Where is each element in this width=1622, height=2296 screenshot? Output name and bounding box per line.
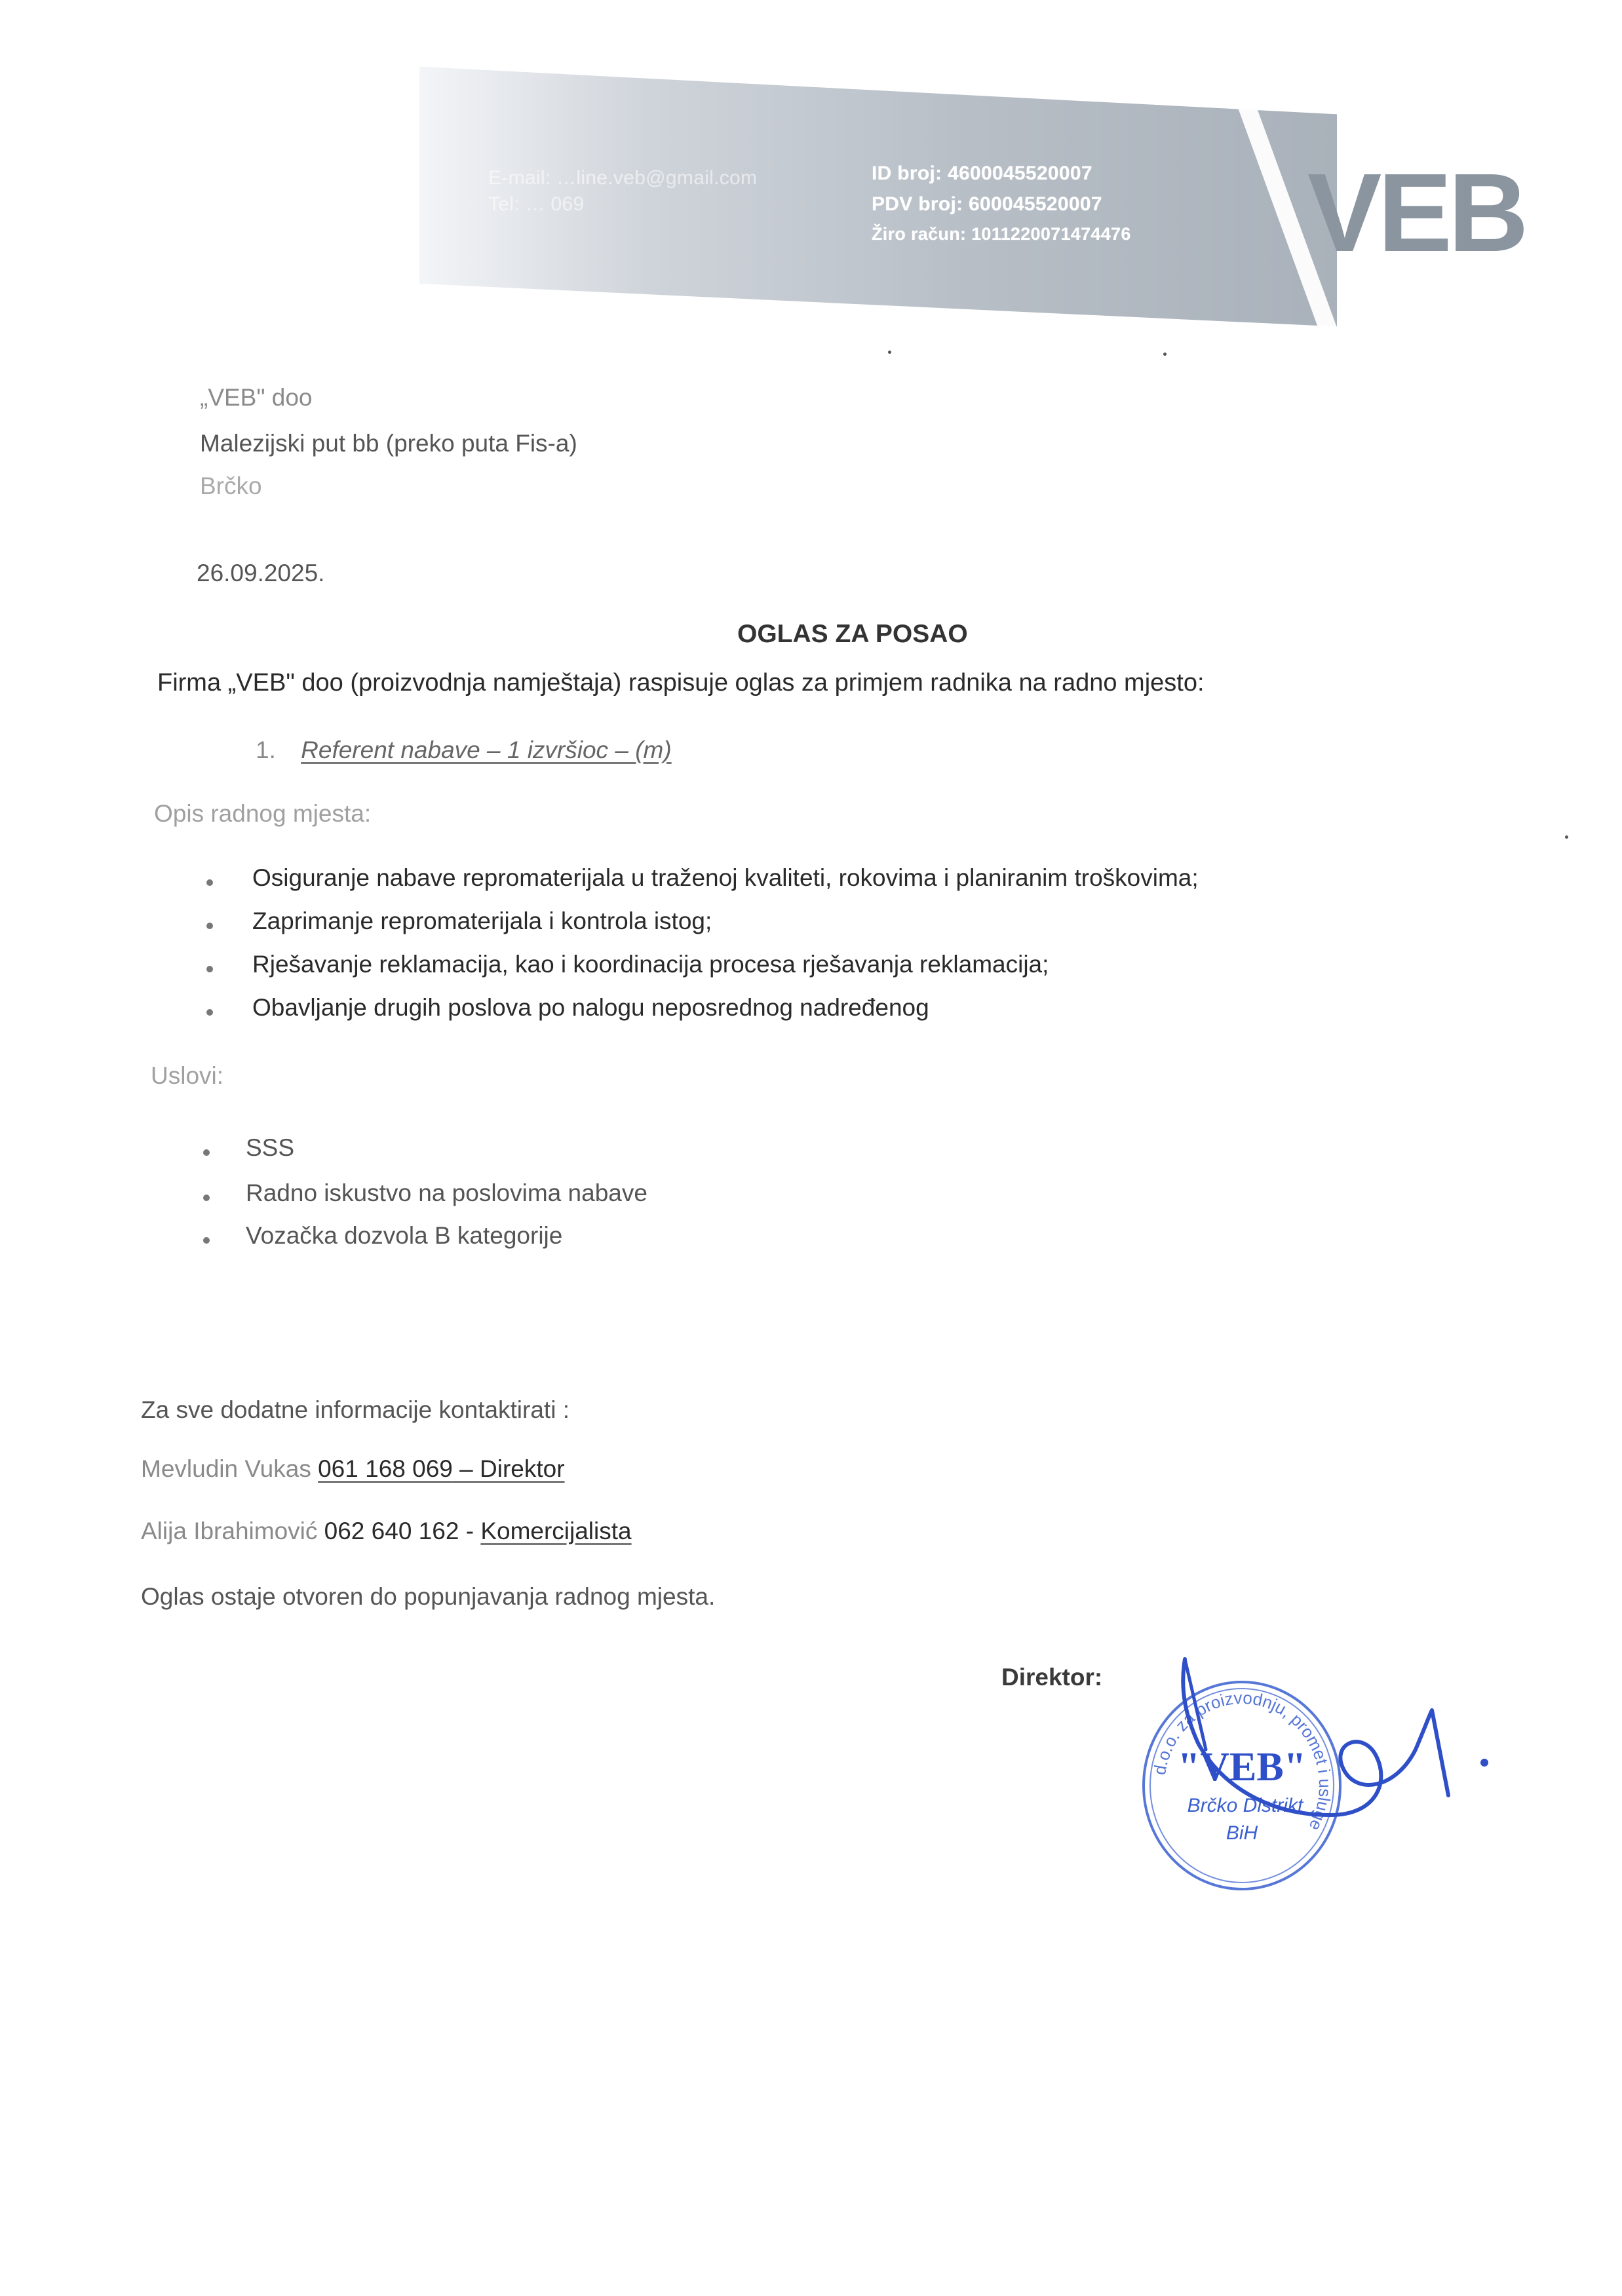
requirement-item: SSS	[246, 1134, 294, 1162]
company-logo: VEB	[1307, 157, 1525, 269]
bullet-icon	[203, 1237, 210, 1244]
description-heading: Opis radnog mjesta:	[154, 799, 371, 828]
position-number: 1.	[256, 737, 276, 763]
intro-paragraph: Firma „VEB" doo (proizvodnja namještaja)…	[157, 668, 1205, 698]
contact-separator: –	[453, 1455, 480, 1482]
contact-role: Komercijalista	[480, 1518, 631, 1544]
scan-speck	[1565, 835, 1568, 839]
contact-phone: 061 168 069	[318, 1455, 453, 1482]
bullet-icon	[206, 879, 213, 886]
contact-separator: -	[459, 1518, 480, 1544]
contacts-heading: Za sve dodatne informacije kontaktirati …	[141, 1396, 570, 1425]
letterhead-email: E-mail: …line.veb@gmail.com	[488, 167, 757, 189]
closing-note: Oglas ostaje otvoren do popunjavanja rad…	[141, 1582, 715, 1611]
contact-director: Mevludin Vukas 061 168 069 – Direktor	[141, 1455, 565, 1483]
bullet-icon	[203, 1149, 210, 1156]
signature-label: Direktor:	[1001, 1663, 1102, 1692]
sender-city: Brčko	[200, 472, 262, 501]
position-item: 1. Referent nabave – 1 izvršioc – (m)	[256, 736, 672, 765]
bullet-icon	[203, 1195, 210, 1201]
contact-name: Mevludin Vukas	[141, 1455, 311, 1482]
description-item: Obavljanje drugih poslova po nalogu nepo…	[252, 993, 929, 1022]
document-title: OGLAS ZA POSAO	[737, 619, 968, 650]
scan-speck	[888, 351, 891, 354]
bullet-icon	[206, 1009, 213, 1016]
scan-speck	[1163, 353, 1167, 356]
description-item: Osiguranje nabave repromaterijala u traž…	[252, 864, 1199, 892]
contact-role: Direktor	[480, 1455, 565, 1482]
requirements-heading: Uslovi:	[151, 1062, 223, 1090]
bullet-icon	[206, 923, 213, 929]
sender-address: Malezijski put bb (preko puta Fis-a)	[200, 429, 577, 458]
description-item: Zaprimanje repromaterijala i kontrola is…	[252, 907, 712, 936]
sender-company: „VEB" doo	[200, 383, 313, 412]
requirement-item: Vozačka dozvola B kategorije	[246, 1221, 562, 1250]
contact-commercial: Alija Ibrahimović 062 640 162 - Komercij…	[141, 1517, 632, 1546]
requirement-item: Radno iskustvo na poslovima nabave	[246, 1179, 647, 1208]
description-item: Rješavanje reklamacija, kao i koordinaci…	[252, 950, 1049, 979]
contact-phone: 062 640 162	[324, 1518, 459, 1544]
director-signature	[1167, 1651, 1507, 1848]
letterhead-phone: Tel: … 069	[488, 193, 584, 216]
document-date: 26.09.2025.	[197, 559, 324, 588]
letterhead-id-number: ID broj: 4600045520007	[872, 163, 1092, 185]
letterhead-account: Žiro račun: 1011220071474476	[872, 224, 1131, 244]
position-title: Referent nabave – 1 izvršioc – (m)	[301, 737, 672, 763]
intro-text: Firma „VEB" doo (proizvodnja namještaja)…	[157, 669, 1205, 697]
contact-name: Alija Ibrahimović	[141, 1518, 317, 1544]
company-logo-text: VEB	[1307, 151, 1525, 275]
bullet-icon	[206, 966, 213, 972]
letterhead-pdv-number: PDV broj: 600045520007	[872, 193, 1102, 216]
